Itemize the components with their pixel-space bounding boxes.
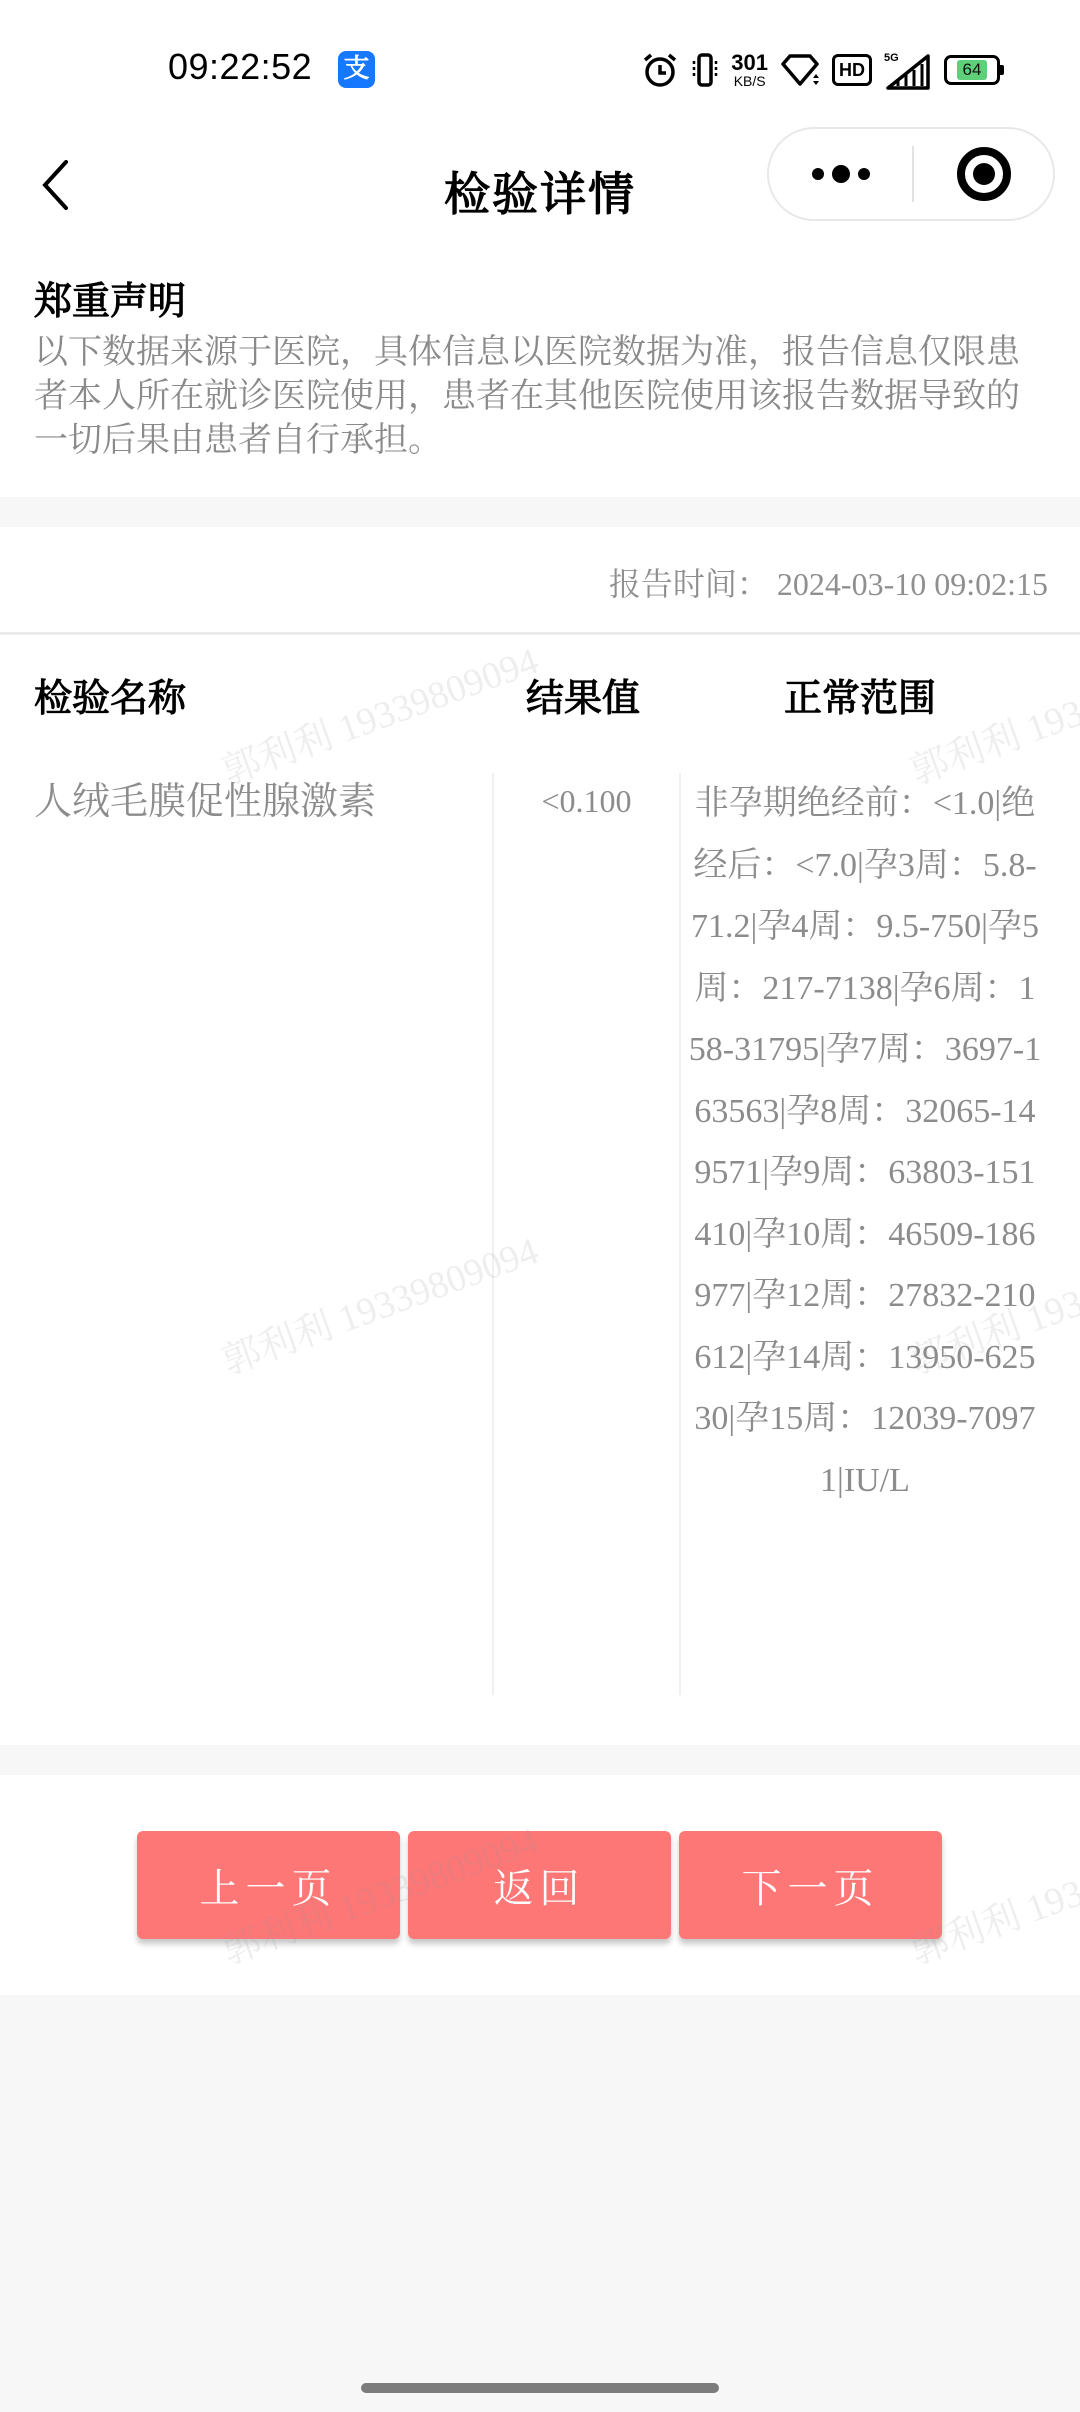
hd-icon: HD	[832, 54, 872, 86]
column-header-range: 正常范围	[784, 667, 936, 722]
home-indicator[interactable]	[361, 2383, 719, 2393]
report-time-label: 报告时间：	[609, 559, 769, 605]
test-name: 人绒毛膜促性腺激素	[34, 773, 376, 829]
column-header-result: 结果值	[526, 667, 640, 722]
network-speed: 301 KB/S	[731, 52, 768, 88]
more-dots-icon	[812, 168, 824, 180]
disclaimer-text: 以下数据来源于医院，具体信息以医院数据为准，报告信息仅限患者本人所在就诊医院使用…	[34, 330, 1024, 462]
table-row: 人绒毛膜促性腺激素 <0.100 非孕期绝经前：<1.0|绝经后：<7.0|孕3…	[0, 773, 1080, 1693]
wifi-icon	[780, 52, 820, 88]
battery-icon: 64	[944, 55, 1000, 85]
status-bar: 09:22:52 支 301 KB/S HD 5G 64	[0, 0, 1080, 130]
column-header-name: 检验名称	[34, 667, 186, 722]
svg-text:5G: 5G	[884, 52, 899, 64]
more-dots-icon-right	[858, 168, 870, 180]
signal-5g-icon: 5G	[884, 50, 932, 90]
target-circle-icon	[957, 147, 1011, 201]
alarm-icon	[641, 51, 679, 89]
test-result: <0.100	[492, 773, 679, 1695]
report-card: 报告时间： 2024-03-10 09:02:15 检验名称 结果值 正常范围 …	[0, 527, 1080, 1745]
next-page-button[interactable]: 下一页	[679, 1831, 942, 1939]
report-time-row: 报告时间： 2024-03-10 09:02:15	[0, 527, 1080, 635]
more-button[interactable]	[769, 129, 912, 219]
report-time: 报告时间： 2024-03-10 09:02:15	[609, 559, 1048, 605]
alipay-icon: 支	[338, 51, 375, 88]
vibrate-icon	[691, 51, 719, 89]
test-normal-range: 非孕期绝经前：<1.0|绝经后：<7.0|孕3周：5.8-71.2|孕4周：9.…	[679, 773, 1049, 1695]
battery-level: 64	[957, 60, 986, 80]
close-mini-program-button[interactable]	[914, 129, 1053, 219]
status-icons: 301 KB/S HD 5G 64	[641, 48, 1000, 92]
report-time-value: 2024-03-10 09:02:15	[777, 566, 1048, 603]
prev-page-button[interactable]: 上一页	[137, 1831, 400, 1939]
table-header: 检验名称 结果值 正常范围	[0, 667, 1080, 727]
more-dots-icon-center	[832, 165, 850, 183]
mini-program-capsule	[767, 127, 1055, 221]
pagination-bar: 上一页 返回 下一页	[0, 1775, 1080, 1995]
disclaimer-title: 郑重声明	[34, 278, 1046, 324]
status-time: 09:22:52	[168, 46, 312, 88]
disclaimer-section: 郑重声明 以下数据来源于医院，具体信息以医院数据为准，报告信息仅限患者本人所在就…	[0, 242, 1080, 497]
return-button[interactable]: 返回	[408, 1831, 671, 1939]
